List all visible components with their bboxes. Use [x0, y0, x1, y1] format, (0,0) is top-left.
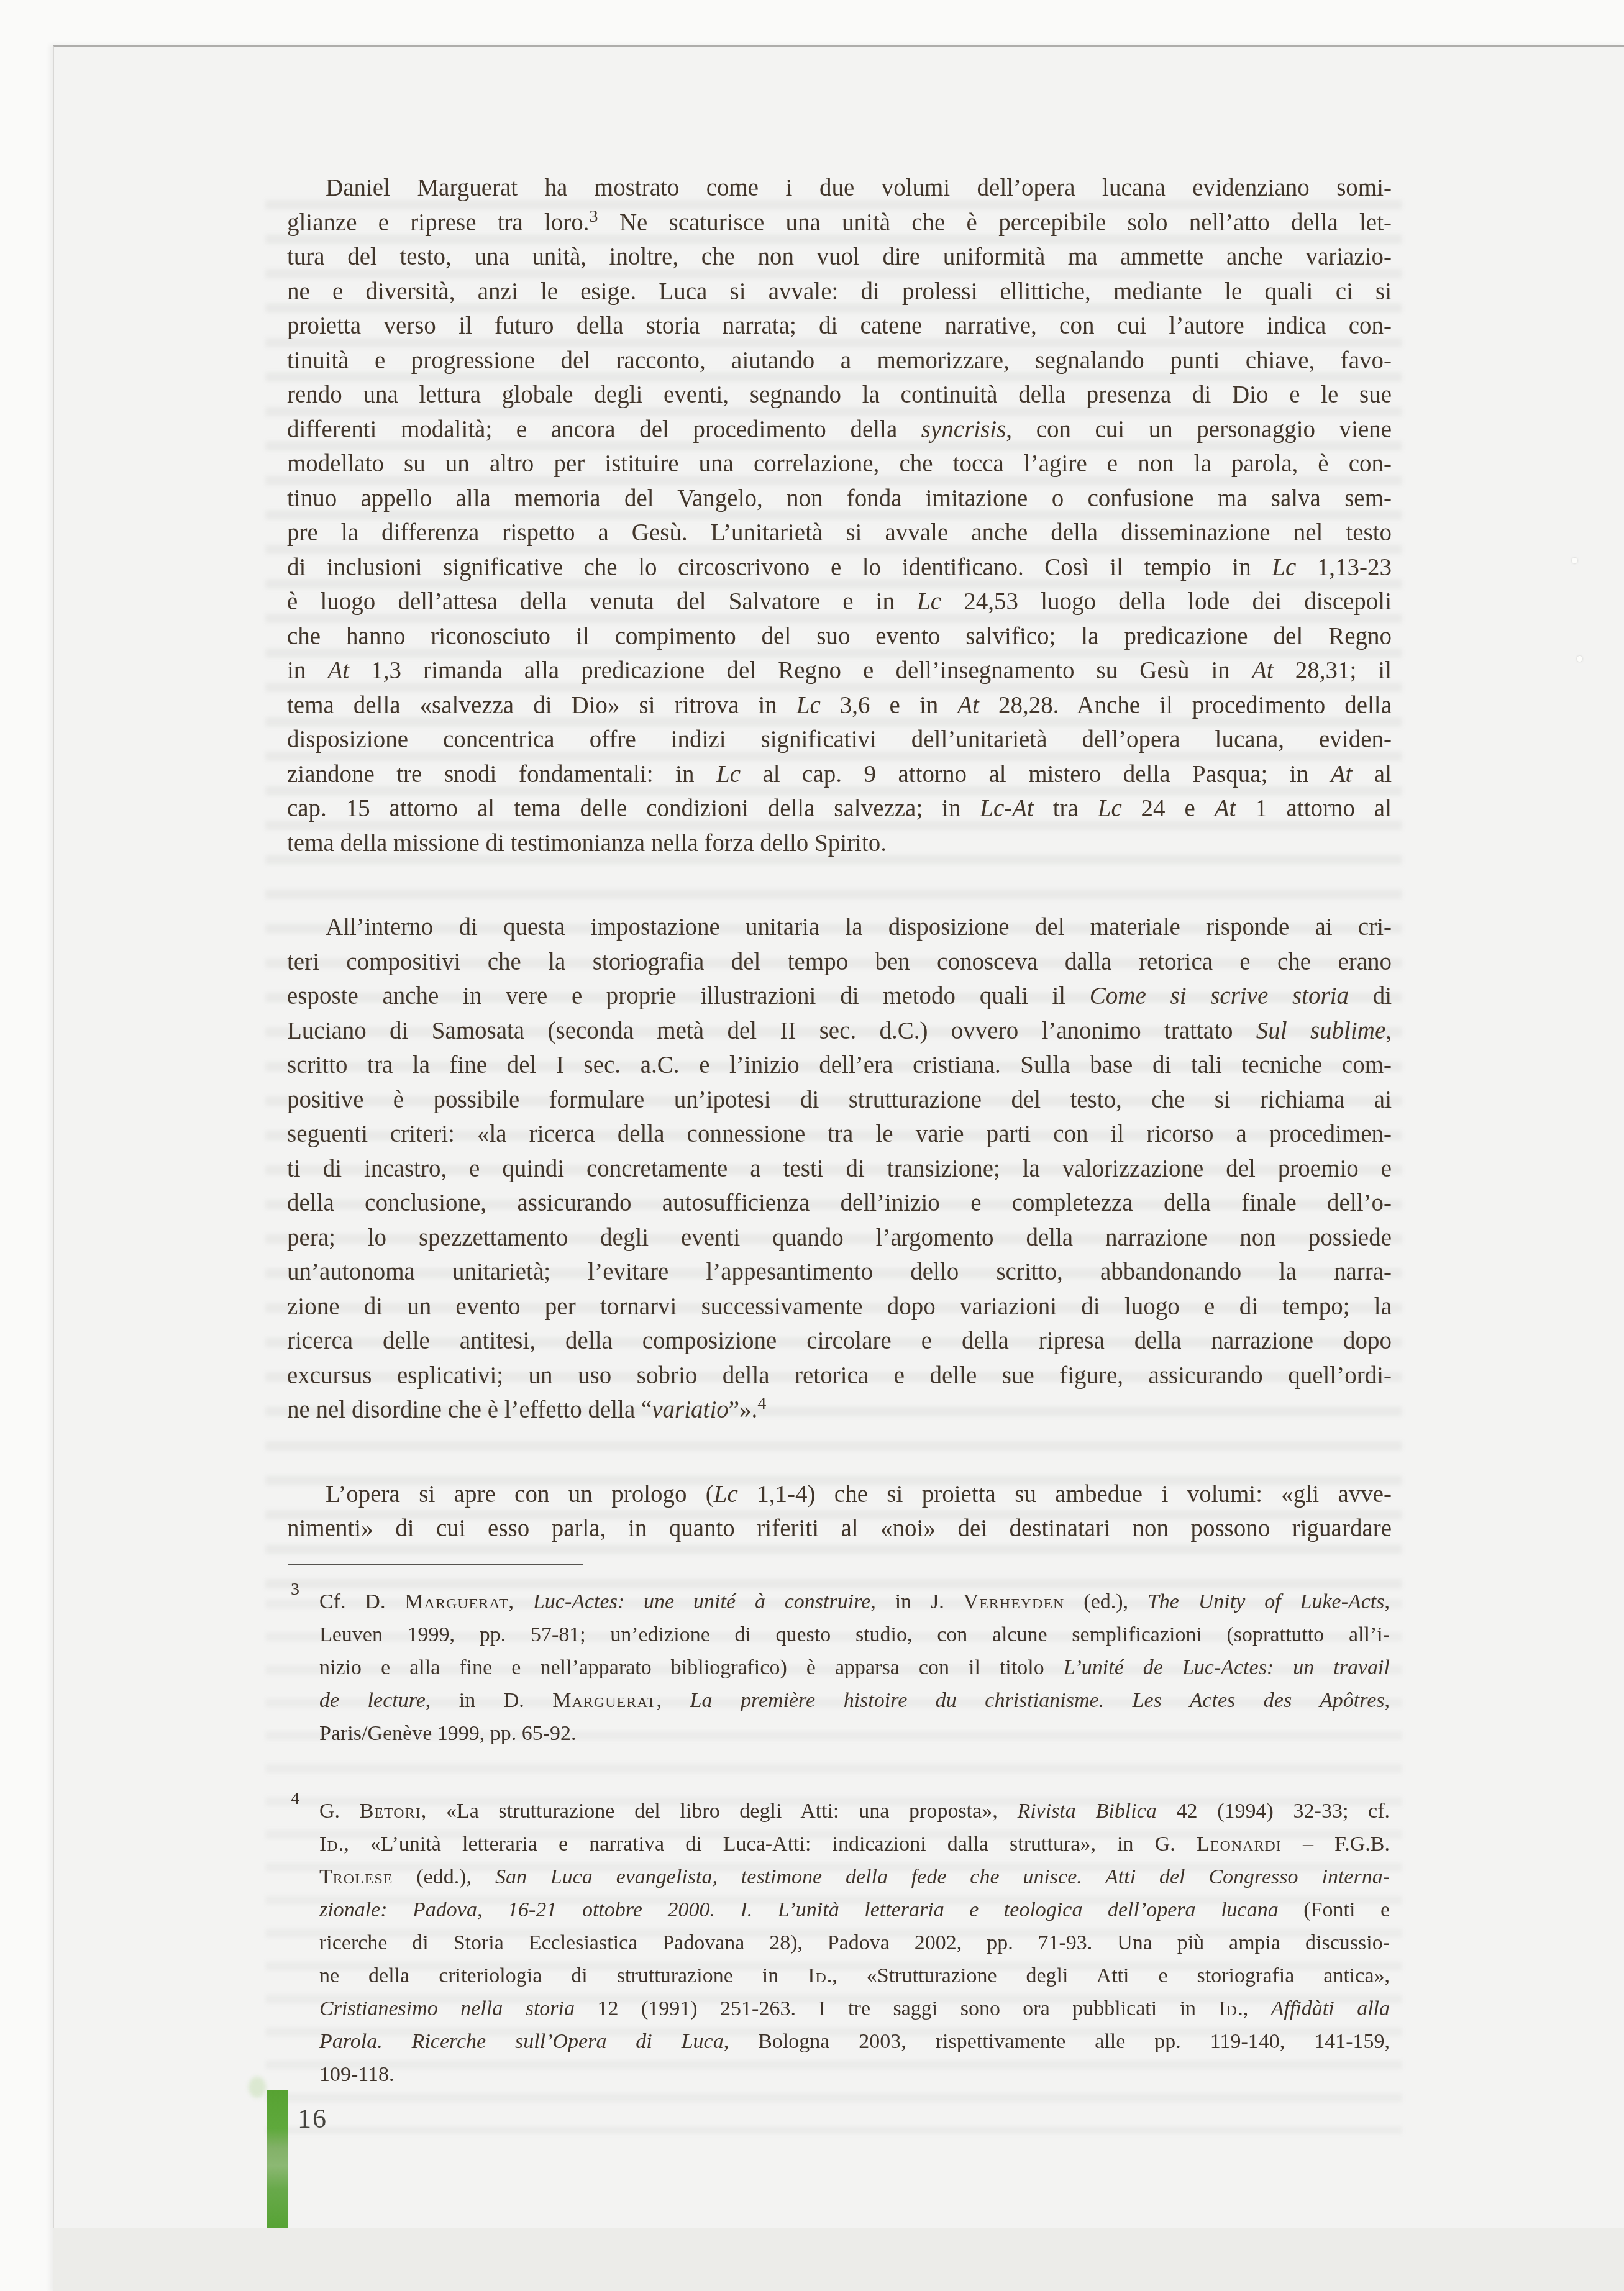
text-line: tura del testo, una unità, inoltre, che … — [287, 240, 1392, 275]
footnote-line: Trolese (edd.), San Luca evangelista, te… — [319, 1861, 1390, 1893]
footnote-separator — [288, 1564, 583, 1565]
footnotes-section: 3Cf. D. Marguerat, Luc-Actes: une unité … — [287, 1564, 1390, 2091]
text-line: è luogo dell’attesa della venuta del Sal… — [287, 585, 1392, 619]
scan-bottom-shadow — [53, 2228, 1624, 2291]
dust-speck — [1577, 656, 1582, 662]
text-line: Luciano di Samosata (seconda metà del II… — [287, 1014, 1392, 1049]
dust-speck — [1572, 558, 1577, 563]
paragraph: All’interno di questa impostazione unita… — [287, 910, 1392, 1428]
scanned-book-page: Daniel Marguerat ha mostrato come i due … — [0, 0, 1624, 2291]
text-line: positive è possibile formulare un’ipotes… — [287, 1083, 1392, 1118]
text-line: pera; lo spezzettamento degli eventi qua… — [287, 1221, 1392, 1255]
text-line: ne e diversità, anzi le esige. Luca si a… — [287, 275, 1392, 309]
text-line: differenti modalità; e ancora del proced… — [287, 412, 1392, 447]
text-line: glianze e riprese tra loro.3 Ne scaturis… — [287, 206, 1392, 240]
footnote-line: zionale: Padova, 16-21 ottobre 2000. I. … — [319, 1893, 1390, 1926]
scan-smudge — [249, 2077, 266, 2098]
paragraph: L’opera si apre con un prologo (Lc 1,1-4… — [287, 1477, 1392, 1546]
text-line: scritto tra la fine del I sec. a.C. e l’… — [287, 1048, 1392, 1083]
text-line: modellato su un altro per istituire una … — [287, 447, 1392, 481]
text-line: proietta verso il futuro della storia na… — [287, 309, 1392, 344]
footnote-line: Cf. D. Marguerat, Luc-Actes: une unité à… — [319, 1585, 1390, 1618]
text-line: tema della missione di testimonianza nel… — [287, 826, 1392, 861]
text-line: tinuo appello alla memoria del Vangelo, … — [287, 481, 1392, 516]
text-line: che hanno riconosciuto il compimento del… — [287, 619, 1392, 654]
text-line: excursus esplicativi; un uso sobrio dell… — [287, 1359, 1392, 1393]
text-line: tinuità e progressione del racconto, aiu… — [287, 344, 1392, 378]
text-line: esposte anche in vere e proprie illustra… — [287, 979, 1392, 1014]
page-number-bar — [267, 2090, 288, 2228]
text-line: ti di incastro, e quindi concretamente a… — [287, 1152, 1392, 1186]
text-line: disposizione concentrica offre indizi si… — [287, 722, 1392, 757]
body-text: Daniel Marguerat ha mostrato come i due … — [287, 171, 1392, 1546]
text-line: un’autonoma unitarietà; l’evitare l’appe… — [287, 1255, 1392, 1290]
text-line: seguenti criteri: «la ricerca della conn… — [287, 1117, 1392, 1152]
footnote-line: Id., «L’unità letteraria e narrativa di … — [319, 1828, 1390, 1861]
footnote: 4G. Betori, «La strutturazione del libro… — [287, 1795, 1390, 2091]
footnote-line: G. Betori, «La strutturazione del libro … — [319, 1795, 1390, 1828]
footnote-line: Leuven 1999, pp. 57-81; un’edizione di q… — [319, 1618, 1390, 1651]
footnote-line: ne della criteriologia di strutturazione… — [319, 1959, 1390, 1992]
footnote-line: Parola. Ricerche sull’Opera di Luca, Bol… — [319, 2025, 1390, 2058]
footnote-line: Paris/Genève 1999, pp. 65-92. — [319, 1717, 1390, 1750]
text-line: cap. 15 attorno al tema delle condizioni… — [287, 791, 1392, 826]
text-line: ziandone tre snodi fondamentali: in Lc a… — [287, 757, 1392, 792]
text-line: nimenti» di cui esso parla, in quanto ri… — [287, 1511, 1392, 1546]
footnote-line: 109-118. — [319, 2058, 1390, 2091]
text-line: della conclusione, assicurando autosuffi… — [287, 1186, 1392, 1221]
footnote-line: ricerche di Storia Ecclesiastica Padovan… — [319, 1926, 1390, 1959]
paragraph: Daniel Marguerat ha mostrato come i due … — [287, 171, 1392, 860]
footnotes-list: 3Cf. D. Marguerat, Luc-Actes: une unité … — [287, 1585, 1390, 2091]
page-sheet: Daniel Marguerat ha mostrato come i due … — [53, 45, 1624, 2291]
text-line: ne nel disordine che è l’effetto della “… — [287, 1393, 1392, 1428]
footnote-number: 4 — [291, 1789, 299, 1809]
text-line: zione di un evento per tornarvi successi… — [287, 1290, 1392, 1324]
text-line: rendo una lettura globale degli eventi, … — [287, 378, 1392, 412]
text-line: L’opera si apre con un prologo (Lc 1,1-4… — [287, 1477, 1392, 1512]
footnote-line: nizio e alla fine e nell’apparato biblio… — [319, 1651, 1390, 1684]
text-line: Daniel Marguerat ha mostrato come i due … — [287, 171, 1392, 206]
text-line: pre la differenza rispetto a Gesù. L’uni… — [287, 516, 1392, 550]
footnote-line: de lecture, in D. Marguerat, La première… — [319, 1684, 1390, 1717]
text-line: di inclusioni significative che lo circo… — [287, 550, 1392, 585]
footnote-line: Cristianesimo nella storia 12 (1991) 251… — [319, 1992, 1390, 2025]
footnote: 3Cf. D. Marguerat, Luc-Actes: une unité … — [287, 1585, 1390, 1750]
text-line: All’interno di questa impostazione unita… — [287, 910, 1392, 945]
footnote-number: 3 — [291, 1580, 299, 1600]
text-line: in At 1,3 rimanda alla predicazione del … — [287, 654, 1392, 688]
text-line: teri compositivi che la storiografia del… — [287, 945, 1392, 980]
text-line: tema della «salvezza di Dio» si ritrova … — [287, 688, 1392, 723]
page-number: 16 — [298, 2102, 327, 2136]
text-line: ricerca delle antitesi, della composizio… — [287, 1324, 1392, 1359]
